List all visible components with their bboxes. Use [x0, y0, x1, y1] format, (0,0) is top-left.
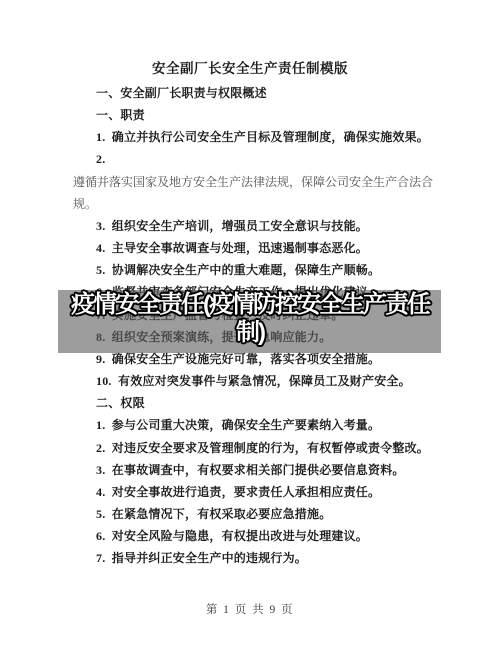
doc-line: 4. 对安全事故进行追责，要求责任人承担相应责任。	[0, 481, 500, 503]
document-page: 安全副厂长安全生产责任制模版 一、安全副厂长职责与权限概述 一、职责 1. 确立…	[0, 0, 500, 647]
doc-section-heading: 一、安全副厂长职责与权限概述	[0, 82, 500, 104]
doc-paragraph: 遵循并落实国家及地方安全生产法律法规，保障公司安全生产合法合规。	[0, 171, 435, 215]
watermark-title: 疫情安全责任(疫情防控安全生产责任 制)	[0, 291, 500, 346]
doc-line: 5. 在紧急情况下，有权采取必要应急措施。	[0, 503, 500, 525]
doc-line: 3. 在事故调查中，有权要求相关部门提供必要信息资料。	[0, 459, 500, 481]
doc-line: 1. 参与公司重大决策，确保安全生产要素纳入考量。	[0, 414, 500, 436]
doc-line: 2.	[0, 148, 500, 170]
watermark-title-line2: 制)	[0, 319, 500, 347]
doc-line: 2. 对违反安全要求及管理制度的行为，有权暂停或责令整改。	[0, 437, 500, 459]
doc-line: 7. 指导并纠正安全生产中的违规行为。	[0, 547, 500, 569]
doc-line: 6. 对安全风险与隐患，有权提出改进与处理建议。	[0, 525, 500, 547]
doc-line: 1. 确立并执行公司安全生产目标及管理制度，确保实施效果。	[0, 126, 500, 148]
page-number-footer: 第 1 页 共 9 页	[0, 601, 500, 617]
page-title: 安全副厂长安全生产责任制模版	[0, 58, 500, 80]
doc-line: 4. 主导安全事故调查与处理，迅速遏制事态恶化。	[0, 237, 500, 259]
doc-line: 10. 有效应对突发事件与紧急情况，保障员工及财产安全。	[0, 370, 500, 392]
doc-line: 3. 组织安全生产培训，增强员工安全意识与技能。	[0, 215, 500, 237]
watermark-title-line1: 疫情安全责任(疫情防控安全生产责任	[0, 291, 500, 319]
doc-subsection-heading: 二、权限	[0, 392, 500, 414]
doc-subsection-heading: 一、职责	[0, 104, 500, 126]
doc-line: 5. 协调解决安全生产中的重大难题，保障生产顺畅。	[0, 259, 500, 281]
